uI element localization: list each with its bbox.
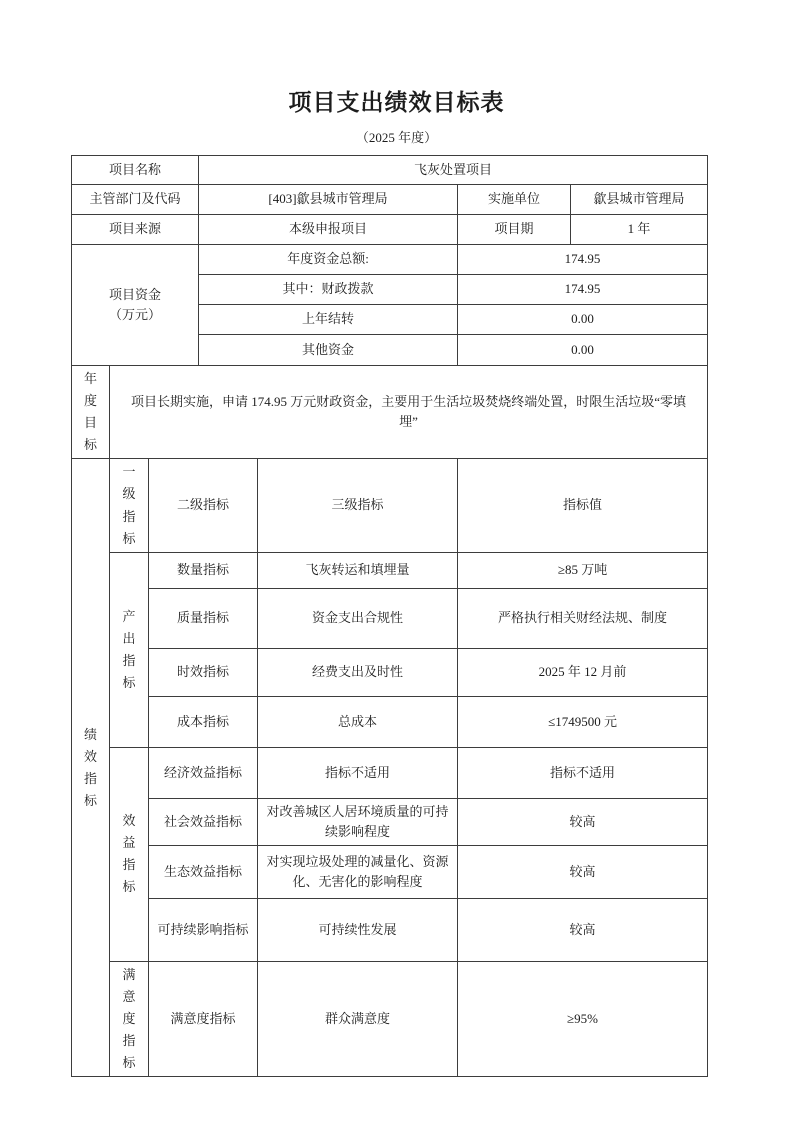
indicator-value: 2025 年 12 月前 bbox=[458, 648, 708, 696]
indicator-level3: 对改善城区人居环境质量的可持续影响程度 bbox=[258, 798, 458, 845]
project-name-label: 项目名称 bbox=[72, 156, 199, 185]
indicator-level2: 满意度指标 bbox=[149, 961, 258, 1076]
impl-unit-value: 歙县城市管理局 bbox=[571, 185, 708, 215]
table-row: 时效指标 经费支出及时性 2025 年 12 月前 bbox=[72, 648, 708, 696]
table-row: 项目名称 飞灰处置项目 bbox=[72, 156, 708, 185]
group-label-satisfaction-text: 满意度指标 bbox=[122, 964, 136, 1074]
indicator-level3: 飞灰转运和填埋量 bbox=[258, 552, 458, 588]
table-row: 效益指标 经济效益指标 指标不适用 指标不适用 bbox=[72, 747, 708, 798]
table-row: 项目资金 （万元） 年度资金总额: 174.95 bbox=[72, 245, 708, 275]
funds-row-value: 0.00 bbox=[458, 335, 708, 366]
annual-goal-label-text: 年度目标 bbox=[84, 368, 98, 456]
group-label-satisfaction: 满意度指标 bbox=[110, 961, 149, 1076]
table-row: 产出指标 数量指标 飞灰转运和填埋量 ≥85 万吨 bbox=[72, 552, 708, 588]
header-value: 指标值 bbox=[458, 459, 708, 552]
group-label-output-text: 产出指标 bbox=[122, 606, 136, 694]
indicators-section-label: 绩效指标 bbox=[72, 459, 110, 1077]
indicator-value: ≤1749500 元 bbox=[458, 696, 708, 747]
table-row: 成本指标 总成本 ≤1749500 元 bbox=[72, 696, 708, 747]
funds-row-name: 其中：财政拨款 bbox=[199, 275, 458, 305]
funds-section-label-text: 项目资金 （万元） bbox=[109, 287, 161, 322]
page-title: 项目支出绩效目标表 bbox=[0, 0, 793, 117]
indicator-level2: 经济效益指标 bbox=[149, 747, 258, 798]
table-row: 年度目标 项目长期实施，申请 174.95 万元财政资金，主要用于生活垃圾焚烧终… bbox=[72, 366, 708, 459]
indicator-level2: 质量指标 bbox=[149, 588, 258, 648]
table-row: 社会效益指标 对改善城区人居环境质量的可持续影响程度 较高 bbox=[72, 798, 708, 845]
page-subtitle: （2025 年度） bbox=[0, 127, 793, 146]
annual-goal-label: 年度目标 bbox=[72, 366, 110, 459]
indicator-level3: 可持续性发展 bbox=[258, 898, 458, 961]
header-level1-text: 一级指标 bbox=[122, 461, 136, 549]
dept-value: [403]歙县城市管理局 bbox=[199, 185, 458, 215]
source-label: 项目来源 bbox=[72, 215, 199, 245]
header-level1: 一级指标 bbox=[110, 459, 149, 552]
indicator-level2: 社会效益指标 bbox=[149, 798, 258, 845]
group-label-benefit: 效益指标 bbox=[110, 747, 149, 961]
annual-goal-content: 项目长期实施，申请 174.95 万元财政资金，主要用于生活垃圾焚烧终端处置，时… bbox=[110, 366, 708, 459]
table-row: 项目来源 本级申报项目 项目期 1 年 bbox=[72, 215, 708, 245]
funds-row-value: 174.95 bbox=[458, 275, 708, 305]
impl-unit-label: 实施单位 bbox=[458, 185, 571, 215]
indicator-level3: 群众满意度 bbox=[258, 961, 458, 1076]
indicator-value: ≥85 万吨 bbox=[458, 552, 708, 588]
indicator-level2: 可持续影响指标 bbox=[149, 898, 258, 961]
indicators-section-label-text: 绩效指标 bbox=[84, 724, 98, 812]
table-row: 绩效指标 一级指标 二级指标 三级指标 指标值 bbox=[72, 459, 708, 552]
funds-section-label: 项目资金 （万元） bbox=[72, 245, 199, 366]
group-label-benefit-text: 效益指标 bbox=[122, 810, 136, 898]
funds-row-name: 其他资金 bbox=[199, 335, 458, 366]
indicator-level2: 生态效益指标 bbox=[149, 845, 258, 898]
period-value: 1 年 bbox=[571, 215, 708, 245]
indicator-level3: 总成本 bbox=[258, 696, 458, 747]
table-row: 质量指标 资金支出合规性 严格执行相关财经法规、制度 bbox=[72, 588, 708, 648]
source-value: 本级申报项目 bbox=[199, 215, 458, 245]
funds-row-value: 174.95 bbox=[458, 245, 708, 275]
indicator-value: 较高 bbox=[458, 898, 708, 961]
table-row: 满意度指标 满意度指标 群众满意度 ≥95% bbox=[72, 961, 708, 1076]
indicator-level3: 资金支出合规性 bbox=[258, 588, 458, 648]
header-level2: 二级指标 bbox=[149, 459, 258, 552]
period-label: 项目期 bbox=[458, 215, 571, 245]
table-row: 主管部门及代码 [403]歙县城市管理局 实施单位 歙县城市管理局 bbox=[72, 185, 708, 215]
funds-row-name: 上年结转 bbox=[199, 305, 458, 335]
table-row: 可持续影响指标 可持续性发展 较高 bbox=[72, 898, 708, 961]
indicator-value: 指标不适用 bbox=[458, 747, 708, 798]
performance-target-table: 项目名称 飞灰处置项目 主管部门及代码 [403]歙县城市管理局 实施单位 歙县… bbox=[71, 155, 708, 1077]
table-row: 生态效益指标 对实现垃圾处理的减量化、资源化、无害化的影响程度 较高 bbox=[72, 845, 708, 898]
indicator-value: ≥95% bbox=[458, 961, 708, 1076]
dept-label: 主管部门及代码 bbox=[72, 185, 199, 215]
indicator-value: 较高 bbox=[458, 798, 708, 845]
indicator-level3: 对实现垃圾处理的减量化、资源化、无害化的影响程度 bbox=[258, 845, 458, 898]
project-name-value: 飞灰处置项目 bbox=[199, 156, 708, 185]
group-label-output: 产出指标 bbox=[110, 552, 149, 747]
indicator-level3: 指标不适用 bbox=[258, 747, 458, 798]
document-page: 项目支出绩效目标表 （2025 年度） 项目名称 飞灰处置项目 主管部门及代码 … bbox=[0, 0, 793, 1122]
indicator-level2: 时效指标 bbox=[149, 648, 258, 696]
header-level3: 三级指标 bbox=[258, 459, 458, 552]
funds-row-name: 年度资金总额: bbox=[199, 245, 458, 275]
indicator-value: 较高 bbox=[458, 845, 708, 898]
funds-row-value: 0.00 bbox=[458, 305, 708, 335]
indicator-level3: 经费支出及时性 bbox=[258, 648, 458, 696]
indicator-value: 严格执行相关财经法规、制度 bbox=[458, 588, 708, 648]
indicator-level2: 成本指标 bbox=[149, 696, 258, 747]
indicator-level2: 数量指标 bbox=[149, 552, 258, 588]
